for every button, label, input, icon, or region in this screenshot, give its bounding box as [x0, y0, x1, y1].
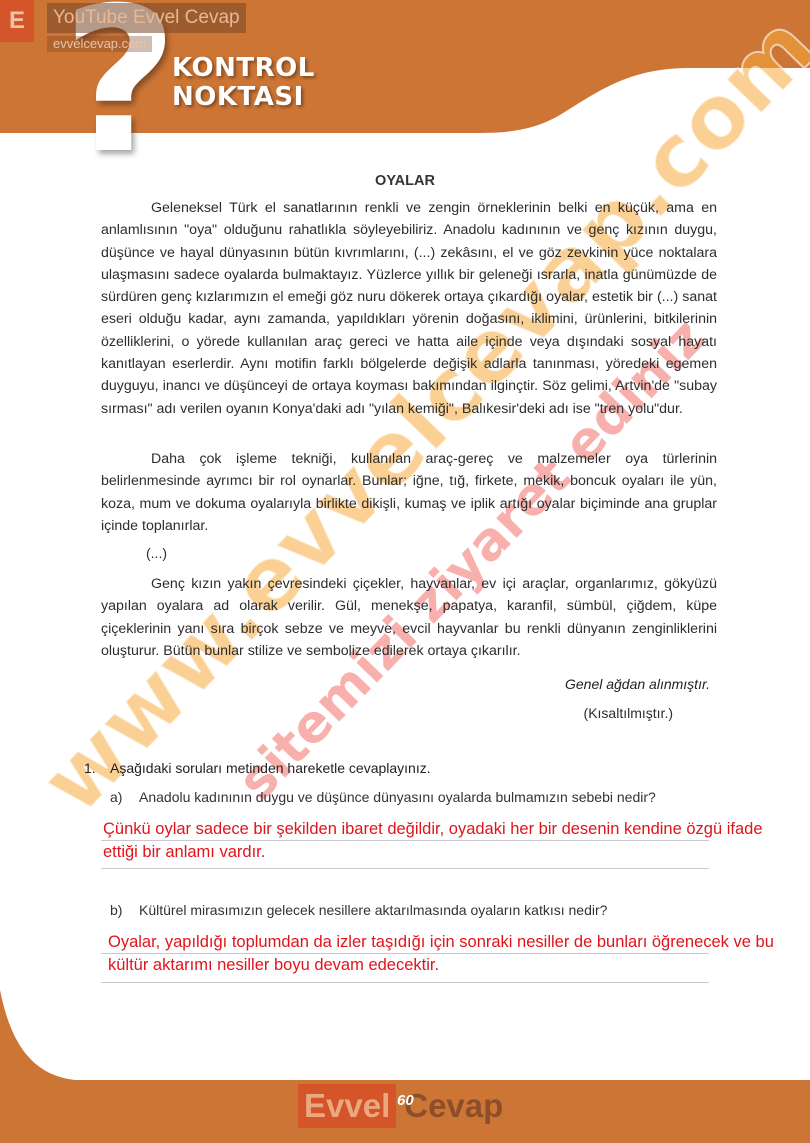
question-b-text: Kültürel mirasımızın gelecek nesillere a…	[139, 902, 607, 918]
omission-mark: (...)	[146, 545, 167, 561]
article-paragraph: Genç kızın yakın çevresindeki çiçekler, …	[101, 573, 717, 662]
abridged-note: (Kısaltılmıştır.)	[584, 705, 673, 721]
question-a-text: Anadolu kadınının duygu ve düşünce dünya…	[139, 789, 656, 805]
exercise-instruction: Aşağıdaki soruları metinden hareketle ce…	[110, 760, 431, 776]
brand-site-label: evvelcevap.com	[47, 36, 152, 52]
footer-logo-evvel: Evvel	[298, 1084, 396, 1128]
answer-line	[101, 982, 709, 983]
brand-logo-badge: E	[0, 0, 34, 42]
source-note: Genel ağdan alınmıştır.	[565, 676, 710, 692]
section-title: KONTROL NOKTASI	[172, 54, 315, 112]
exercise-number: 1.	[84, 760, 96, 776]
footer-logo-cevap: Cevap	[404, 1084, 503, 1128]
question-b-label: b)	[110, 902, 122, 918]
brand-channel-label: YouTube Evvel Cevap	[47, 3, 246, 33]
question-a-label: a)	[110, 789, 122, 805]
answer-b[interactable]: Oyalar, yapıldığı toplumdan da izler taş…	[108, 931, 808, 977]
article-paragraph: Daha çok işleme tekniği, kullanılan araç…	[101, 448, 717, 537]
answer-a[interactable]: Çünkü oylar sadece bir şekilden ibaret d…	[103, 818, 773, 864]
section-title-line2: NOKTASI	[172, 83, 315, 112]
answer-line	[101, 868, 709, 869]
page-number: 60	[397, 1092, 414, 1109]
section-title-line1: KONTROL	[172, 54, 315, 83]
article-paragraph: Geleneksel Türk el sanatlarının renkli v…	[101, 197, 717, 420]
